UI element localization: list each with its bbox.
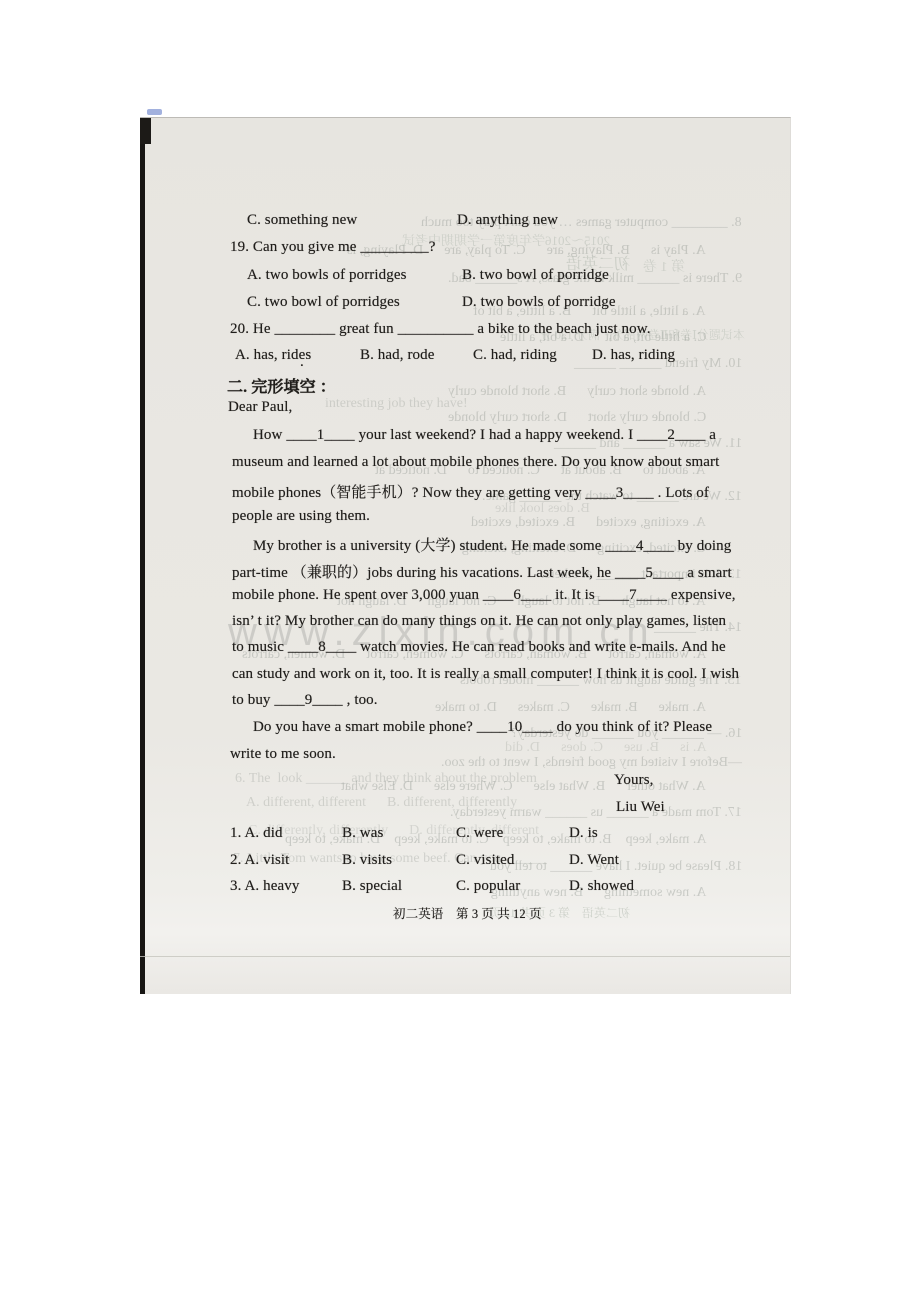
scanned-exam-page: 8. ________ computer games … you can't p… [0, 0, 920, 1302]
q19-option-a: A. two bowls of porridges [247, 267, 407, 284]
q19-stem: 19. Can you give me _________? [230, 239, 435, 256]
letter-salutation: Dear Paul, [228, 399, 292, 416]
cloze-section-heading: 二. 完形填空 ： [227, 374, 336, 397]
letter-signoff: Yours, [614, 772, 654, 789]
q20-option-b: B. had, rode [360, 347, 435, 364]
bleedthrough-line: —Before I visited my good friends, I wen… [441, 755, 742, 771]
paper-crease [140, 956, 790, 957]
bleedthrough-line: A. is B. use C. does D. did [505, 740, 706, 756]
bleedthrough-line: A. blonde short curly B. short blonde cu… [448, 384, 706, 400]
letter-line-11: to buy ____9____ , too. [232, 692, 378, 709]
scan-binding-edge [140, 118, 145, 994]
cloze-answer-2-num: 2. A. visit [230, 852, 289, 869]
bleedthrough-line: A. make B. make C. makes D. to make [435, 700, 706, 716]
q20-option-d: D. has, riding [592, 347, 675, 364]
bleedthrough-line: 17. Tom made a ______ us ______ warm yes… [450, 805, 742, 821]
q20-stem: 20. He ________ great fun __________ a b… [230, 321, 651, 338]
letter-line-3: mobile phones（智能手机）? Now they are gettin… [232, 481, 709, 502]
cloze-answer-2-c: C. visited [456, 852, 515, 869]
cloze-answer-3-d: D. showed [569, 878, 634, 895]
scan-artifact-blue-speck [147, 109, 162, 115]
cloze-answer-3-c: C. popular [456, 878, 520, 895]
q19-option-d: D. two bowls of porridge [462, 294, 616, 311]
cloze-answer-2-d: D. Went [569, 852, 619, 869]
letter-line-2: museum and learned a lot about mobile ph… [232, 454, 719, 471]
cloze-answer-2-b: B. visits [342, 852, 392, 869]
letter-line-13: write to me soon. [230, 746, 336, 763]
stray-dot: . [300, 354, 304, 371]
q18-option-c: C. something new [247, 212, 357, 229]
letter-line-10: can study and work on it, too. It is rea… [232, 666, 739, 683]
cloze-answer-3-num: 3. A. heavy [230, 878, 299, 895]
cloze-answer-1-d: D. is [569, 825, 598, 842]
bleedthrough-line: 第 1 卷 [643, 256, 685, 276]
bleedthrough-line: interesting job they have! [325, 396, 468, 412]
q20-option-c: C. had, riding [473, 347, 557, 364]
scan-corner-shadow [140, 118, 151, 144]
q18-option-d: D. anything new [457, 212, 558, 229]
page-footer: 初二英语 第 3 页 共 12 页 [393, 904, 542, 922]
letter-line-5: My brother is a university (大学) student.… [253, 534, 731, 555]
bleedthrough-line: A. exciting, excited B. excited, excited [471, 515, 706, 531]
letter-line-6: part-time （兼职的）jobs during his vacations… [232, 561, 732, 582]
letter-line-7: mobile phone. He spent over 3,000 yuan _… [232, 587, 736, 604]
letter-line-12: Do you have a smart mobile phone? ____10… [253, 719, 712, 736]
q19-option-c: C. two bowl of porridges [247, 294, 400, 311]
q19-option-b: B. two bowl of porridge [462, 267, 609, 284]
cloze-answer-1-c: C. were [456, 825, 503, 842]
bleedthrough-line: C. blonde curly short D. short curly blo… [448, 410, 706, 426]
letter-line-1: How ____1____ your last weekend? I had a… [253, 427, 716, 444]
letter-line-8: isn’ t it? My brother can do many things… [232, 613, 726, 630]
cloze-answer-1-b: B. was [342, 825, 383, 842]
exam-paper-sheet: 8. ________ computer games … you can't p… [140, 117, 791, 994]
cloze-answer-1-num: 1. A. did [230, 825, 283, 842]
letter-line-9: to music ____8____ watch movies. He can … [232, 639, 726, 656]
letter-signature: Liu Wei [616, 799, 665, 816]
cloze-answer-3-b: B. special [342, 878, 402, 895]
letter-line-4: people are using them. [232, 508, 370, 525]
